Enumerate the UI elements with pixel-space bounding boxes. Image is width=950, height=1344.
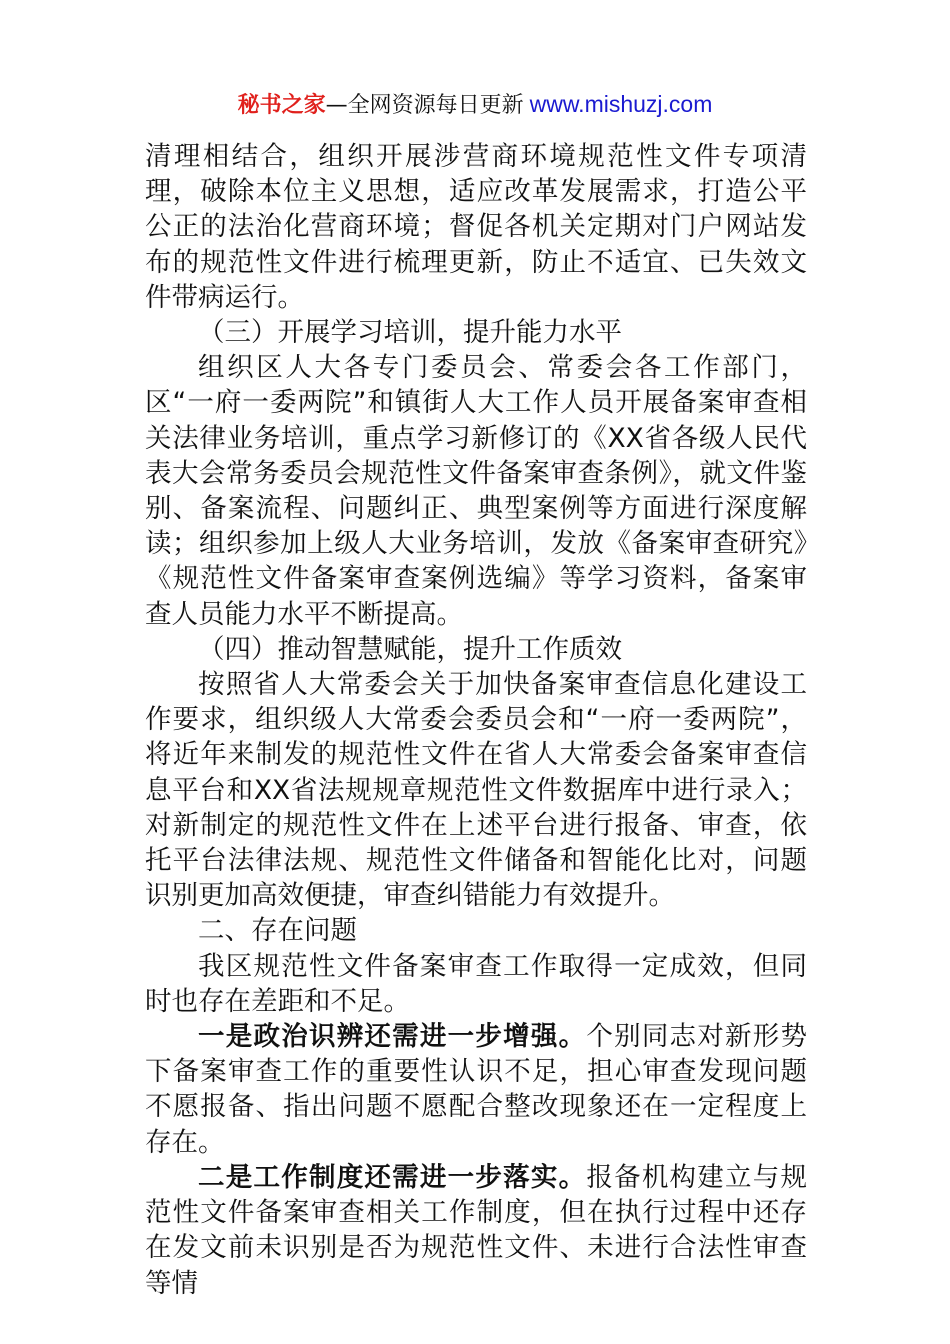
document-body: 清理相结合，组织开展涉营商环境规范性文件专项清理，破除本位主义思想，适应改革发展… bbox=[145, 139, 807, 1301]
paragraph-smart-empowerment: 按照省人大常委会关于加快备案审查信息化建设工作要求，组织级人大常委会委员会和“一… bbox=[145, 667, 807, 913]
page-header: 秘书之家—全网资源每日更新www.mishuzj.com bbox=[0, 88, 950, 122]
paragraph-training: 组织区人大各专门委员会、常委会各工作部门，区“一府一委两院”和镇街人大工作人员开… bbox=[145, 350, 807, 632]
website-link[interactable]: www.mishuzj.com bbox=[530, 91, 713, 117]
paragraph-problem-2: 二是工作制度还需进一步落实。报备机构建立与规范性文件备案审查相关工作制度，但在执… bbox=[145, 1160, 807, 1301]
paragraph-problem-1: 一是政治识辨还需进一步增强。个别同志对新形势下备案审查工作的重要性认识不足，担心… bbox=[145, 1019, 807, 1160]
paragraph-problems-intro: 我区规范性文件备案审查工作取得一定成效，但同时也存在差距和不足。 bbox=[145, 949, 807, 1019]
brand-name: 秘书之家 bbox=[238, 93, 326, 118]
header-tagline: —全网资源每日更新 bbox=[326, 93, 524, 118]
problem-2-lead: 二是工作制度还需进一步落实。 bbox=[198, 1162, 586, 1193]
section-heading-problems: 二、存在问题 bbox=[145, 913, 807, 948]
paragraph-continuation: 清理相结合，组织开展涉营商环境规范性文件专项清理，破除本位主义思想，适应改革发展… bbox=[145, 139, 807, 315]
document-page: 秘书之家—全网资源每日更新www.mishuzj.com 清理相结合，组织开展涉… bbox=[0, 0, 950, 1344]
section-heading-3: （三）开展学习培训，提升能力水平 bbox=[145, 315, 807, 350]
section-heading-4: （四）推动智慧赋能，提升工作质效 bbox=[145, 632, 807, 667]
problem-1-lead: 一是政治识辨还需进一步增强。 bbox=[198, 1021, 586, 1052]
